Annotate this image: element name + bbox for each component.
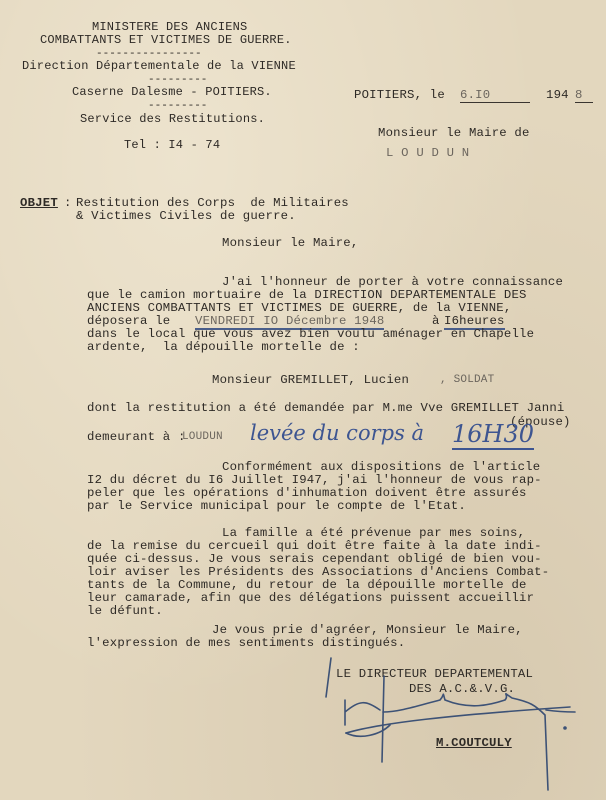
letter-paper: MINISTERE DES ANCIENS COMBATTANTS ET VIC… (0, 0, 606, 800)
handwritten-signature (0, 0, 606, 800)
